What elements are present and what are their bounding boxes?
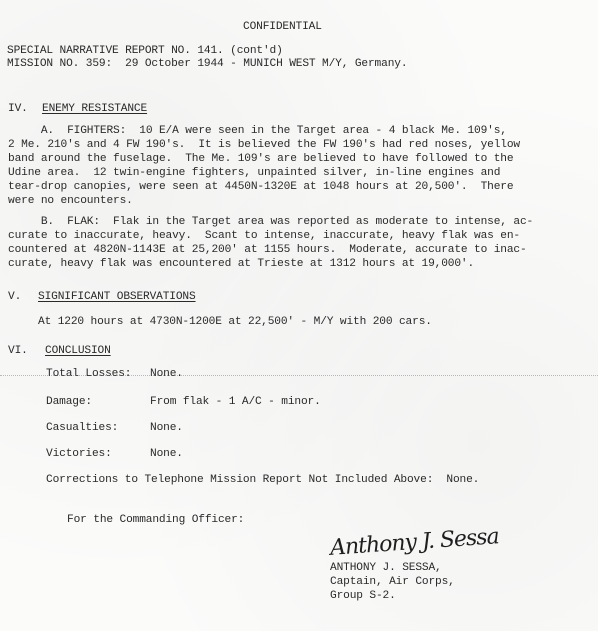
flak-line: B. FLAK: Flak in the Target area was rep… (8, 216, 533, 229)
corrections-line: Corrections to Telephone Mission Report … (46, 474, 479, 487)
fighters-line: band around the fuselage. The Me. 109's … (8, 153, 513, 166)
victories-label: Victories: (46, 448, 112, 461)
fighters-line: tear-drop canopies, were seen at 4450N-1… (8, 181, 513, 194)
flak-line: curate to inaccurate, heavy. Scant to in… (8, 230, 520, 243)
observation-text: At 1220 hours at 4730N-1200E at 22,500' … (38, 316, 432, 329)
fighters-line: 2 Me. 210's and 4 FW 190's. It is believ… (8, 139, 520, 152)
fighters-line: A. FIGHTERS: 10 E/A were seen in the Tar… (8, 125, 507, 138)
fighters-line: were no encounters. (8, 195, 133, 208)
section-vi-numeral: VI. (8, 345, 28, 358)
section-v-title: SIGNIFICANT OBSERVATIONS (38, 291, 196, 304)
damage-label: Damage: (46, 396, 92, 409)
document-page: CONFIDENTIAL SPECIAL NARRATIVE REPORT NO… (0, 0, 598, 631)
victories-value: None. (150, 448, 183, 461)
flak-line: curate, heavy flak was encountered at Tr… (8, 258, 474, 271)
handwritten-signature: Anthony J. Sessa (329, 524, 499, 561)
fighters-line: Udine area. 12 twin-engine fighters, unp… (8, 167, 500, 180)
damage-value: From flak - 1 A/C - minor. (150, 396, 321, 409)
casualties-label: Casualties: (46, 422, 118, 435)
classification-heading: CONFIDENTIAL (243, 21, 322, 34)
signer-rank: Captain, Air Corps, (330, 576, 455, 589)
casualties-value: None. (150, 422, 183, 435)
total-losses-value: None. (150, 368, 183, 381)
section-v-numeral: V. (8, 291, 21, 304)
signer-position: Group S-2. (330, 590, 396, 603)
section-iv-title: ENEMY RESISTANCE (42, 103, 147, 116)
section-vi-title: CONCLUSION (45, 345, 111, 358)
for-commanding-officer: For the Commanding Officer: (67, 514, 244, 527)
report-number-line: SPECIAL NARRATIVE REPORT NO. 141. (cont'… (7, 45, 283, 58)
mission-line: MISSION NO. 359: 29 October 1944 - MUNIC… (7, 58, 407, 71)
total-losses-label: Total Losses: (46, 368, 131, 381)
signer-name: ANTHONY J. SESSA, (330, 562, 442, 575)
section-iv-numeral: IV. (8, 103, 28, 116)
flak-line: countered at 4820N-1143E at 25,200' at 1… (8, 244, 527, 257)
